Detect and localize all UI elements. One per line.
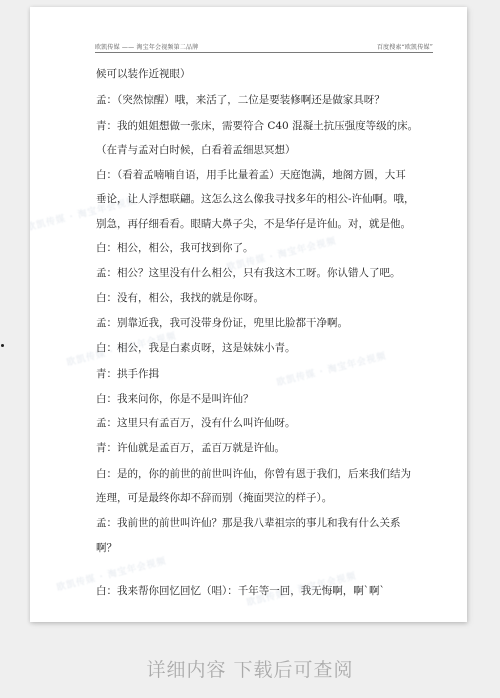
script-line: 孟：我前世的前世叫许仙？那是我八辈祖宗的事儿和我有什么关系 <box>96 516 401 530</box>
script-line: 白：（看着孟喃喃自语，用手比量着孟）天庭饱满，地阁方圆，大耳 <box>96 168 406 182</box>
header-right-text: 百度搜索“欧凯传媒” <box>377 42 433 51</box>
document-page: 欧凯传媒 —— 淘宝年会视频第二品牌 百度搜索“欧凯传媒” 欧凯传媒 · 淘宝年… <box>30 7 467 622</box>
script-line: 青：许仙就是孟百万，孟百万就是许仙。 <box>96 441 285 455</box>
script-line: 白：我来帮你回忆回忆（唱）：千年等一回，我无悔啊，啊`啊` <box>96 584 385 598</box>
script-line: 青：我的姐姐想做一张床，需要符合 C40 混凝土抗压强度等级的床。 <box>96 119 418 133</box>
script-line: 候可以装作近视眼） <box>96 67 191 81</box>
script-line: 孟：别靠近我，我可没带身份证，兜里比脸都干净啊。 <box>96 316 348 330</box>
script-line: 孟：这里只有孟百万，没有什么叫许仙呀。 <box>96 416 296 430</box>
script-line: 垂论，让人浮想联翩。这怎么这么像我寻找多年的相公-许仙啊。哦， <box>96 192 415 206</box>
script-line: 青：拱手作揖 <box>96 367 159 381</box>
script-line: 白：相公，我是白素贞呀，这是妹妹小青。 <box>96 341 296 355</box>
script-line: 白：没有，相公，我找的就是你呀。 <box>96 291 264 305</box>
script-line: 连理，可是最终你却不辞而别（掩面哭泣的样子）。 <box>96 491 332 505</box>
script-line: 别急，再仔细看看。眼睛大鼻子尖，不是华仔是许仙。对，就是他。 <box>96 217 411 231</box>
page-header: 欧凯传媒 —— 淘宝年会视频第二品牌 百度搜索“欧凯传媒” <box>95 38 433 53</box>
script-line: 白：我来问你，你是不是叫许仙？ <box>96 392 254 406</box>
script-line: 孟：相公？这里没有什么相公，只有我这木工呀。你认错人了吧。 <box>96 266 401 280</box>
script-line: 啊？ <box>96 541 117 555</box>
script-line: 白：是的，你的前世的前世叫许仙，你曾有恩于我们，后来我们结为 <box>96 467 411 481</box>
script-line: 孟：（突然惊醒）哦，来活了，二位是要装修啊还是做家具呀？ <box>96 93 385 107</box>
script-line: 白：相公，相公，我可找到你了。 <box>96 241 254 255</box>
download-notice[interactable]: 详细内容 下载后可查阅 <box>0 655 500 682</box>
side-marker-dot <box>1 344 4 347</box>
script-line: （在青与孟对白时候，白看着孟细思冥想） <box>96 143 296 157</box>
header-left-text: 欧凯传媒 —— 淘宝年会视频第二品牌 <box>95 42 198 51</box>
